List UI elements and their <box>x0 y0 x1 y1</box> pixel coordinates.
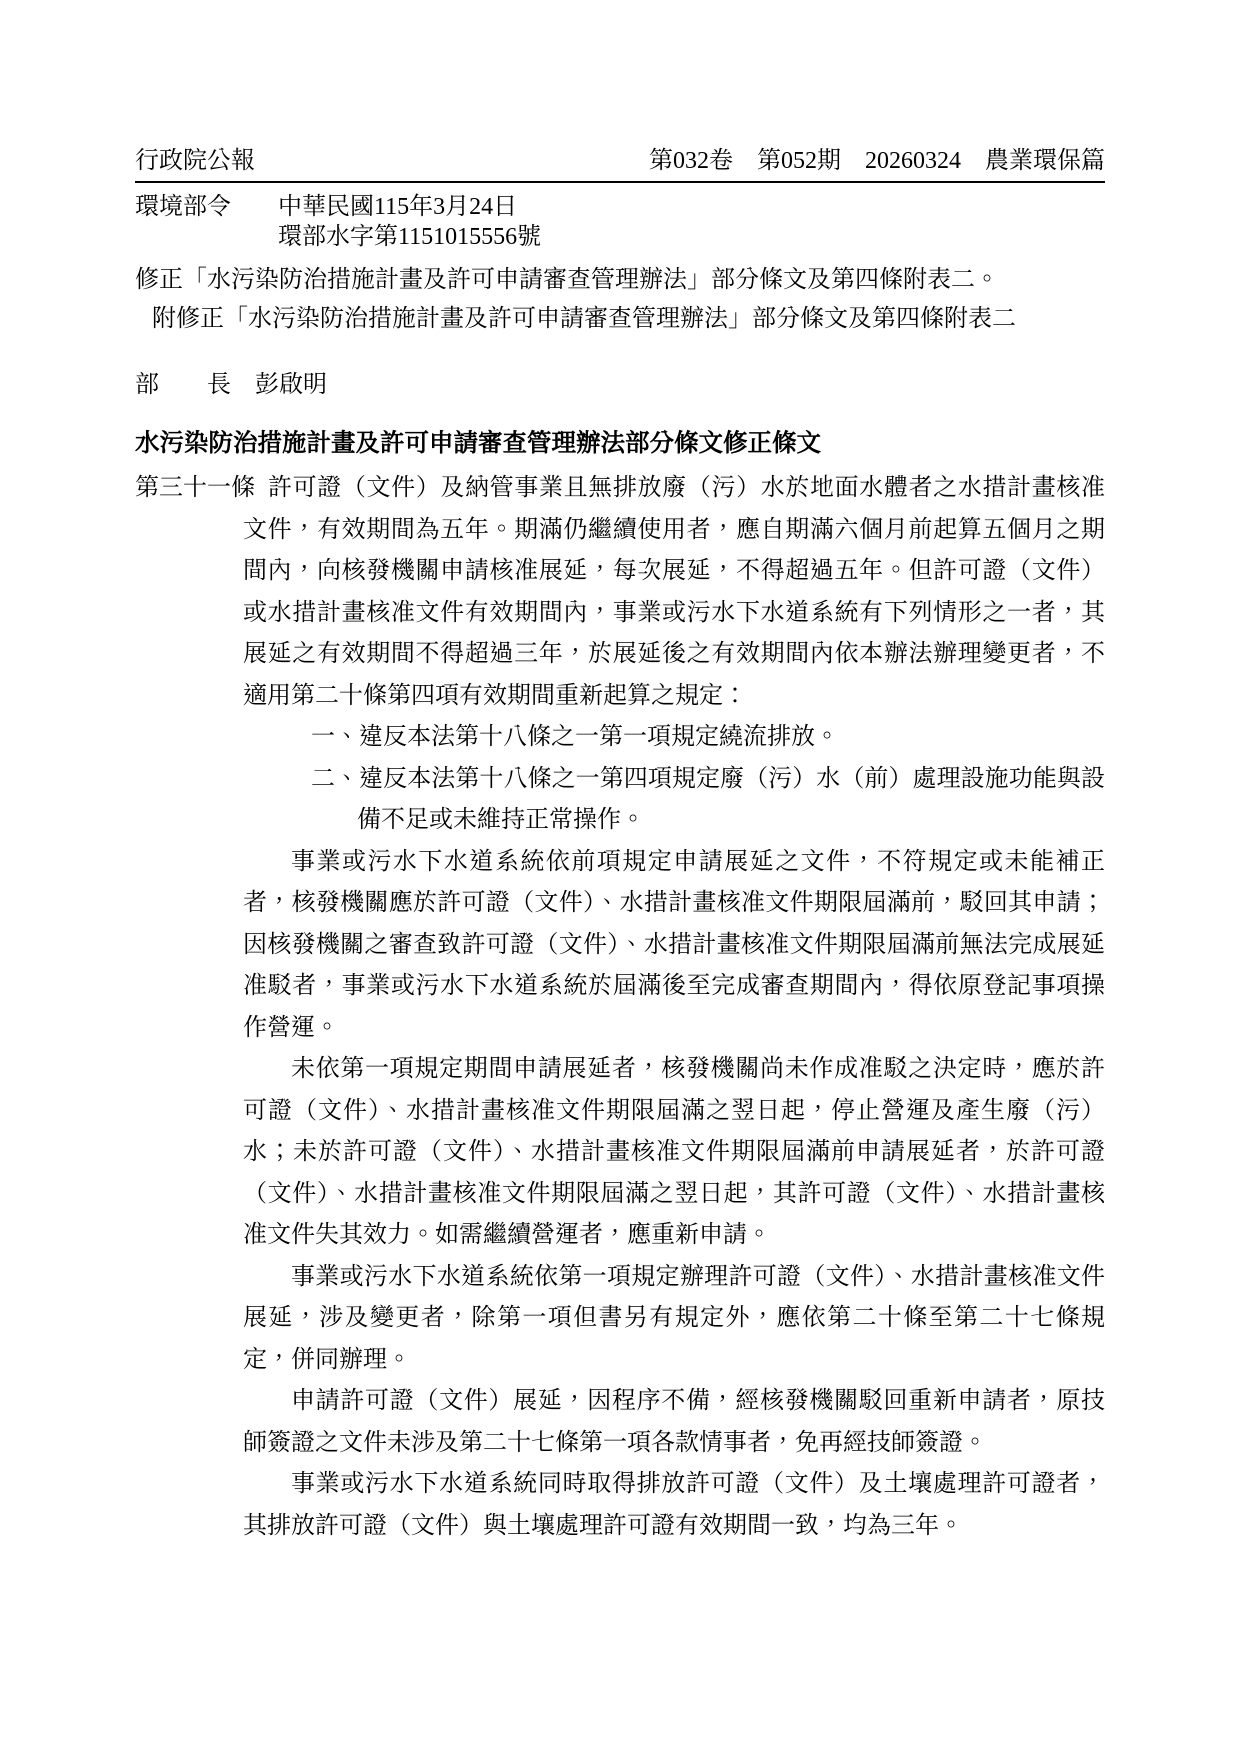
article-paragraph: 二、違反本法第十八條之一第四項規定廢（污）水（前）處理設施功能與設備不足或未維持… <box>243 759 1105 842</box>
minister-signature: 部 長 彭啟明 <box>135 369 1105 401</box>
decree-attachment: 附修正「水污染防治措施計畫及許可申請審查管理辦法」部分條文及第四條附表二 <box>135 303 1105 335</box>
article-31: 第三十一條 許可證（文件）及納管事業且無排放廢（污）水於地面水體者之水措計畫核准… <box>135 468 1105 1547</box>
article-paragraph: 許可證（文件）及納管事業且無排放廢（污）水於地面水體者之水措計畫核准文件，有效期… <box>243 468 1105 717</box>
decree-subject: 修正「水污染防治措施計畫及許可申請審查管理辦法」部分條文及第四條附表二。 <box>135 264 1105 296</box>
page-content: 行政院公報 第032卷 第052期 20260324 農業環保篇 環境部令 中華… <box>135 146 1105 1547</box>
gazette-section: 農業環保篇 <box>985 146 1105 176</box>
article-paragraph: 事業或污水下水道系統依第一項規定辦理許可證（文件）、水措計畫核准文件展延，涉及變… <box>243 1257 1105 1382</box>
decree-header: 環境部令 中華民國115年3月24日 環部水字第1151015556號 <box>135 192 1105 252</box>
masthead-meta: 第032卷 第052期 20260324 農業環保篇 <box>649 146 1105 176</box>
decree-agency: 環境部令 <box>135 192 278 252</box>
article-paragraph: 事業或污水下水道系統同時取得排放許可證（文件）及土壤處理許可證者，其排放許可證（… <box>243 1464 1105 1547</box>
article-number: 第三十一條 <box>135 468 255 510</box>
decree-lines: 中華民國115年3月24日 環部水字第1151015556號 <box>278 192 541 252</box>
masthead: 行政院公報 第032卷 第052期 20260324 農業環保篇 <box>135 146 1105 183</box>
gazette-volume: 第032卷 <box>649 146 733 176</box>
law-amendment-title: 水污染防治措施計畫及許可申請審查管理辦法部分條文修正條文 <box>135 427 1105 461</box>
gazette-page: 行政院公報 第032卷 第052期 20260324 農業環保篇 環境部令 中華… <box>0 0 1240 1755</box>
decree-date: 中華民國115年3月24日 <box>278 192 541 222</box>
article-body: 許可證（文件）及納管事業且無排放廢（污）水於地面水體者之水措計畫核准文件，有效期… <box>243 468 1105 1547</box>
article-paragraph: 未依第一項規定期間申請展延者，核發機關尚未作成准駁之決定時，應於許可證（文件）、… <box>243 1049 1105 1257</box>
gazette-issue: 第052期 <box>757 146 841 176</box>
gazette-title: 行政院公報 <box>135 146 255 176</box>
article-paragraph: 事業或污水下水道系統依前項規定申請展延之文件，不符規定或未能補正者，核發機關應於… <box>243 842 1105 1050</box>
article-paragraph: 一、違反本法第十八條之一第一項規定繞流排放。 <box>243 717 1105 759</box>
decree-ref-number: 環部水字第1151015556號 <box>278 222 541 252</box>
gazette-date: 20260324 <box>865 146 961 176</box>
article-paragraph: 申請許可證（文件）展延，因程序不備，經核發機關駁回重新申請者，原技師簽證之文件未… <box>243 1381 1105 1464</box>
